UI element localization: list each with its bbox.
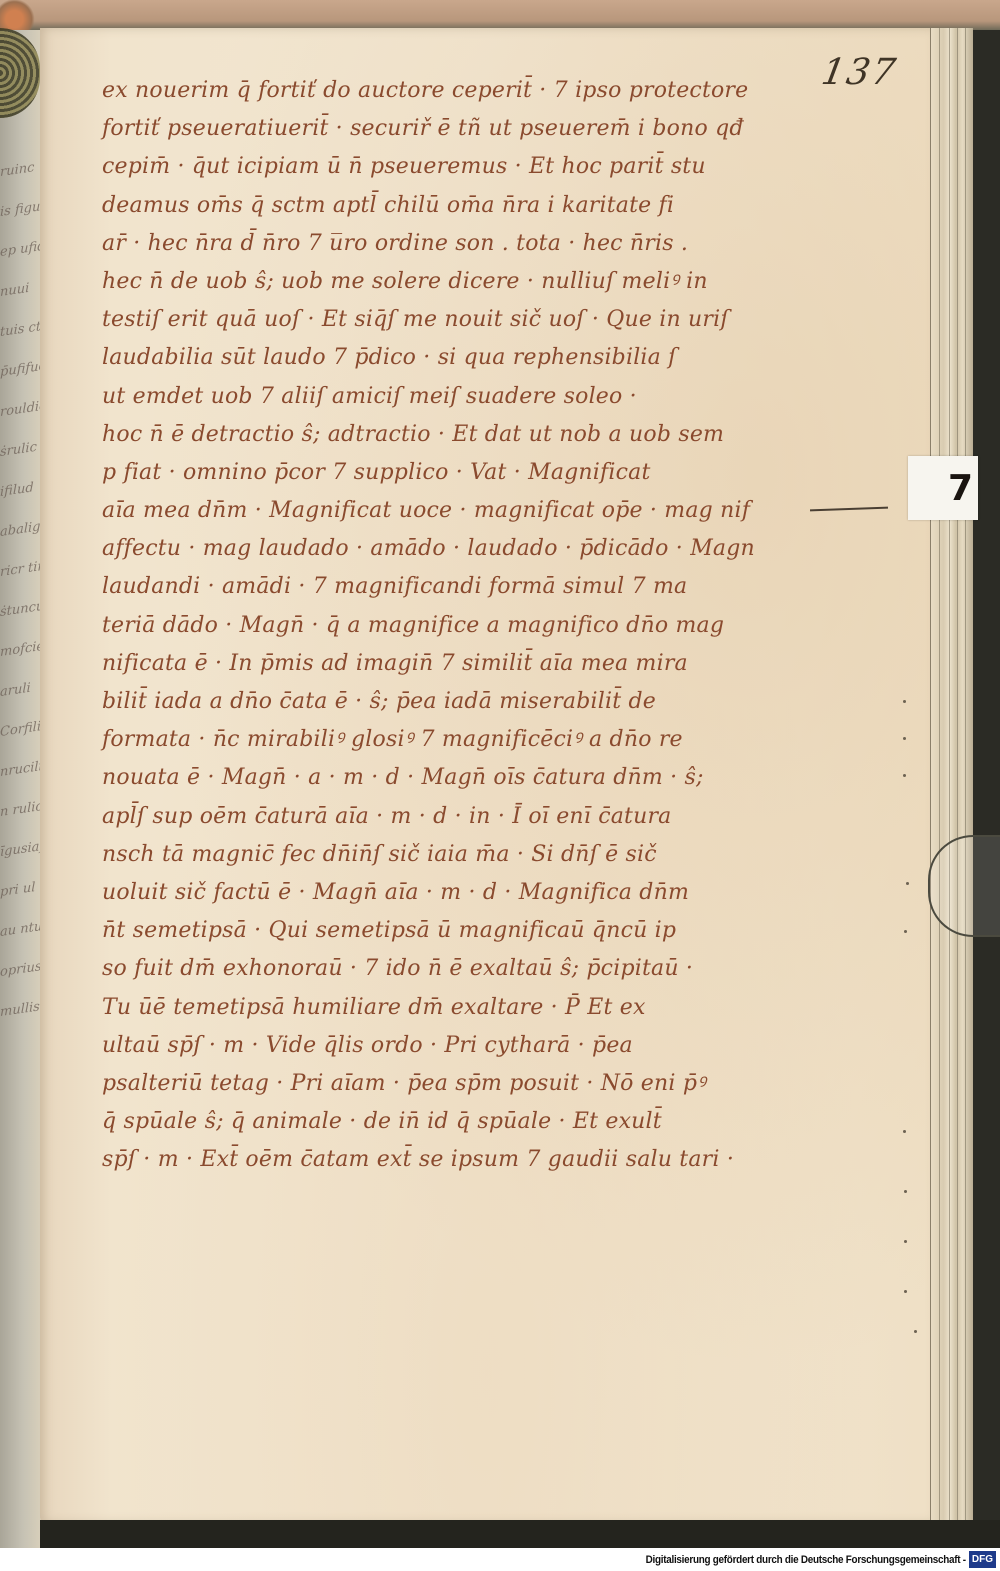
credit-text: Digitalisierung gefördert durch die Deut… xyxy=(646,1554,966,1566)
manuscript-line: cepim̄ · q̄ut icipiam ū n̄ pseueremus · … xyxy=(102,148,902,186)
manuscript-line: ut emdet uob 7 aliiſ amiciſ meiſ suadere… xyxy=(102,378,902,416)
manuscript-line: ar̄ · hec n̄ra d̄ n̄ro 7 u̅ro ordine son… xyxy=(102,225,902,263)
manuscript-line: nificata ē · In p̄mis ad imagin̄ 7 simil… xyxy=(102,645,902,683)
manuscript-line: deamus om̄s q̄ sctm aptl̄ chilū om̄a n̄r… xyxy=(102,187,902,225)
manuscript-line: uoluit sič factū ē · Magn̄ aı̄a · m · d … xyxy=(102,874,902,912)
manuscript-line: apl̄ſ sup oēm c̄aturā aı̄a · m · d · in … xyxy=(102,798,902,836)
manuscript-line: n̄t semetipsā · Qui semetipsā ū magnific… xyxy=(102,912,902,950)
facing-page-line: ṡtuncula xyxy=(0,587,42,633)
facing-page-line: tuis ctal xyxy=(0,307,42,353)
facing-page-line: ifilud xyxy=(0,467,42,513)
manuscript-line: hoc n̄ ē detractio ŝ; adtractio · Et dat… xyxy=(102,416,902,454)
manuscript-line: formata · n̄c mirabiliꝰ glosiꝰ 7 magnifi… xyxy=(102,721,902,759)
facing-page-line: pri ul xyxy=(0,867,42,913)
facing-page-line: nuui xyxy=(0,267,42,313)
manuscript-line: hec n̄ de uob ŝ; uob me solere dicere · … xyxy=(102,263,902,301)
facing-page-line: ı̄gusiaf xyxy=(0,827,42,873)
manuscript-line: bilit̄ iada a dn̄o c̄ata ē · ŝ; p̄ea iad… xyxy=(102,683,902,721)
book-top-edge xyxy=(0,0,1000,30)
manuscript-line: sp̄ſ · m · Ext̄ oēm c̄atam ext̄ se ipsum… xyxy=(102,1141,902,1179)
facing-page-line: ricr tinq xyxy=(0,547,42,593)
manuscript-line: nouata ē · Magn̄ · a · m · d · Magn̄ oīs… xyxy=(102,759,902,797)
manuscript-line: p fiat · omnino p̄cor 7 supplico · Vat ·… xyxy=(102,454,902,492)
facing-page-line: ep ufid xyxy=(0,227,42,273)
facing-page-line: abalig xyxy=(0,507,42,553)
page-stack-edges xyxy=(930,28,973,1538)
facing-page-line: ṡrulic xyxy=(0,427,42,473)
facing-page-line: nrucilia xyxy=(0,747,42,793)
manuscript-line: teriā dādo · Magn̄ · q̄ a magnifice a ma… xyxy=(102,607,902,645)
facing-page-line: n rulio xyxy=(0,787,42,833)
facing-page-line: rouldic xyxy=(0,387,42,433)
facing-page-line: mullis xyxy=(0,987,42,1033)
facing-page-line: is figur xyxy=(0,187,42,233)
facing-page-line: ruinc xyxy=(0,147,42,193)
facing-page-line: au ntu xyxy=(0,907,42,953)
manuscript-line: q̄ spūale ŝ; q̄ animale · de in̄ id q̄ s… xyxy=(102,1103,902,1141)
manuscript-line: so fuit dm̄ exhonoraū · 7 ido n̄ ē exalt… xyxy=(102,950,902,988)
manuscript-text-block: ex nouerim q̄ fortiť do auctore ceperit̄… xyxy=(102,72,902,1179)
manuscript-line: laudabilia sūt laudo 7 p̄dico · si qua r… xyxy=(102,339,902,377)
manuscript-line: Tu ūē temetipsā humiliare dm̄ exaltare ·… xyxy=(102,989,902,1027)
facing-page-line: aruli xyxy=(0,667,42,713)
facing-page-line: oprius xyxy=(0,947,42,993)
manuscript-scan: ruincis figurep ufidnuuituis ctalp̄ufifu… xyxy=(0,0,1000,1548)
manuscript-line: affectu · mag laudado · amādo · laudado … xyxy=(102,530,902,568)
tab-mark: 7 xyxy=(948,468,973,509)
facing-page-line: p̄ufifue xyxy=(0,347,42,393)
paper-index-tab: 7 xyxy=(908,456,978,520)
manuscript-line: testiſ erit quā uoſ · Et siq̄ſ me nouit … xyxy=(102,301,902,339)
manuscript-line: laudandi · amādi · 7 magnificandi formā … xyxy=(102,568,902,606)
manuscript-line: ex nouerim q̄ fortiť do auctore ceperit̄… xyxy=(102,72,902,110)
manuscript-line: psalteriū tetag · Pri aı̄am · p̄ea sp̄m … xyxy=(102,1065,902,1103)
manuscript-line: aı̄a mea dn̄m · Magnificat uoce · magnif… xyxy=(102,492,902,530)
facing-page-text: ruincis figurep ufidnuuituis ctalp̄ufifu… xyxy=(0,150,42,1030)
dfg-logo: DFG xyxy=(969,1551,996,1568)
facing-page-sliver: ruincis figurep ufidnuuituis ctalp̄ufifu… xyxy=(0,30,42,1548)
page-clip-icon xyxy=(928,835,1000,937)
manuscript-line: fortiť pseueratiuerit̄ · securiř ē tñ ut… xyxy=(102,110,902,148)
credit-bar: Digitalisierung gefördert durch die Deut… xyxy=(0,1548,1000,1571)
facing-page-line: mofcie xyxy=(0,627,42,673)
book-bottom-shadow xyxy=(40,1520,1000,1548)
facing-page-line: Corfilis xyxy=(0,707,42,753)
binding-corner xyxy=(0,0,36,32)
manuscript-line: ultaū sp̄ſ · m · Vide q̄lis ordo · Pri c… xyxy=(102,1027,902,1065)
manuscript-line: nsch tā magnic̄ fec dn̄in̄ſ sič iaia m̄a… xyxy=(102,836,902,874)
